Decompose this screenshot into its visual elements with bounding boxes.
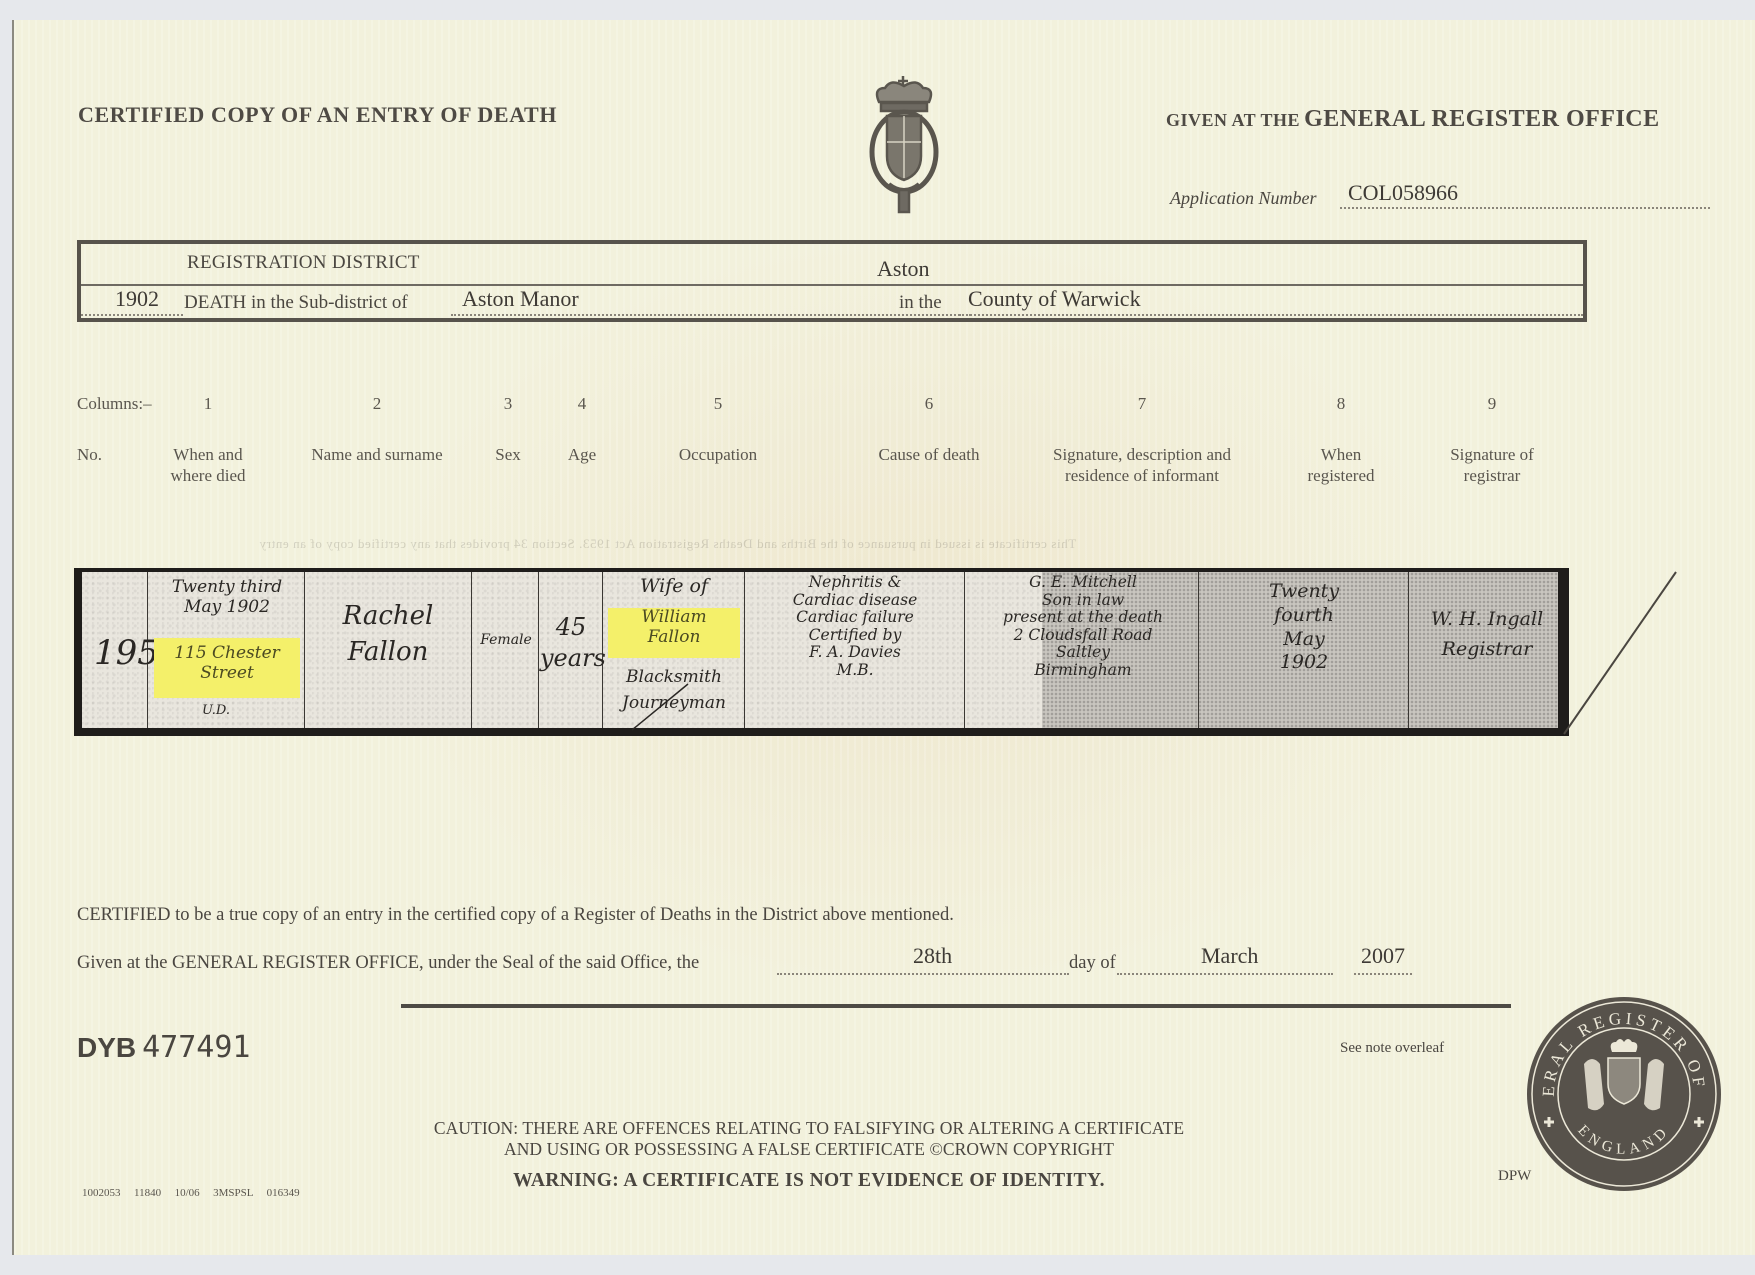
issue-day: 28th (913, 943, 952, 969)
entry-date-registered: Twenty fourth May 1902 (1202, 580, 1406, 675)
caution-notice: CAUTION: THERE ARE OFFENCES RELATING TO … (384, 1118, 1234, 1160)
entry-age: 45 years (540, 612, 602, 674)
column-number: 4 (562, 394, 602, 414)
column-number: 8 (1321, 394, 1361, 414)
serial-prefix: DYB (77, 1032, 136, 1063)
operator-code: DPW (1498, 1168, 1531, 1185)
county-label: in the (899, 292, 942, 314)
header-sex: Sex (495, 444, 521, 465)
identity-warning: WARNING: A CERTIFICATE IS NOT EVIDENCE O… (384, 1170, 1234, 1192)
entry-informant: G. E. Mitchell Son in law present at the… (970, 574, 1196, 679)
header-age: Age (568, 444, 596, 465)
dotted-line (1354, 973, 1412, 975)
signature-rule (401, 1004, 1511, 1008)
issuer-heading: GIVEN AT THE GENERAL REGISTER OFFICE (1166, 106, 1660, 133)
registration-district-value: Aston (877, 256, 930, 282)
registration-district-label: REGISTRATION DISTRICT (187, 252, 420, 274)
header-when-where-died: When and where died (170, 444, 245, 486)
royal-crest-icon (859, 72, 949, 227)
column-number: 9 (1472, 394, 1512, 414)
given-at-row: Given at the GENERAL REGISTER OFFICE, un… (77, 953, 1507, 983)
given-at-prefix: Given at the GENERAL REGISTER OFFICE, un… (77, 953, 699, 974)
entry-cause-of-death: Nephritis & Cardiac disease Cardiac fail… (748, 574, 962, 679)
header-when-registered: When registered (1307, 444, 1374, 486)
dotted-line (959, 314, 1583, 316)
header-cause-of-death: Cause of death (878, 444, 979, 465)
column-number: 3 (488, 394, 528, 414)
sub-district-value: Aston Manor (462, 286, 579, 312)
registration-box: REGISTRATION DISTRICT Aston 1902 DEATH i… (77, 240, 1587, 322)
columns-label: Columns:– (77, 394, 152, 414)
entry-place-suffix: U.D. (202, 704, 230, 719)
issuer-prefix: GIVEN AT THE (1166, 110, 1300, 130)
entry-place-of-death-highlighted: 115 Chester Street (154, 638, 300, 698)
entry-sex: Female (475, 632, 537, 648)
column-number: 7 (1122, 394, 1162, 414)
dotted-line (451, 314, 971, 316)
issuer-name: GENERAL REGISTER OFFICE (1304, 106, 1660, 132)
form-codes: 1002053 11840 10/06 3MSPSL 016349 (82, 1187, 300, 1199)
certificate-paper: CERTIFIED COPY OF AN ENTRY OF DEATH GIVE… (12, 20, 1755, 1255)
cell-divider (304, 572, 305, 728)
day-of-label: day of (1069, 953, 1116, 974)
cell-divider (964, 572, 965, 728)
entry-occupation-husband-highlighted: William Fallon (608, 608, 740, 658)
header-informant: Signature, description and residence of … (1053, 444, 1231, 486)
cancel-stroke-line (630, 682, 690, 732)
cell-divider (471, 572, 472, 728)
register-entry-row: 195 Twenty third May 1902 115 Chester St… (74, 568, 1569, 736)
show-through-text: This certificate is issued in pursuance … (259, 536, 1076, 552)
county-value: County of Warwick (968, 286, 1141, 312)
column-number: 2 (357, 394, 397, 414)
header-no: No. (77, 444, 102, 465)
registration-year: 1902 (115, 286, 159, 312)
issue-month: March (1201, 943, 1258, 969)
sub-district-row: 1902 DEATH in the Sub-district of Aston … (81, 286, 1583, 322)
column-number: 5 (698, 394, 738, 414)
dotted-line (1340, 207, 1710, 209)
issue-year: 2007 (1361, 943, 1405, 969)
dotted-line (1117, 973, 1333, 975)
cell-divider (1408, 572, 1409, 728)
application-number-value: COL058966 (1348, 180, 1458, 206)
application-number-row: Application Number COL058966 (1170, 180, 1710, 210)
header-registrar-signature: Signature of registrar (1450, 444, 1534, 486)
column-number: 6 (909, 394, 949, 414)
dotted-line (777, 973, 1069, 975)
sub-district-label: DEATH in the Sub-district of (184, 292, 408, 314)
cell-divider (1198, 572, 1199, 728)
see-note-overleaf: See note overleaf (1340, 1040, 1444, 1057)
serial-number: 477491 (142, 1030, 250, 1065)
entry-name: Rachel Fallon (308, 598, 468, 671)
header-occupation: Occupation (679, 444, 757, 465)
cell-divider (538, 572, 539, 728)
entry-registrar-signature: W. H. Ingall Registrar (1412, 604, 1562, 665)
column-number: 1 (188, 394, 228, 414)
header-name-surname: Name and surname (311, 444, 442, 465)
certificate-title: CERTIFIED COPY OF AN ENTRY OF DEATH (78, 102, 557, 128)
blank-space-diagonal-line (1562, 568, 1692, 738)
entry-occupation-prefix: Wife of (606, 576, 742, 598)
certification-statement: CERTIFIED to be a true copy of an entry … (77, 905, 954, 926)
certificate-serial-number: DYB477491 (77, 1030, 251, 1065)
cell-divider (744, 572, 745, 728)
application-number-label: Application Number (1170, 188, 1317, 209)
general-register-office-seal-icon: GENERAL REGISTER OFFICE ENGLAND (1524, 994, 1724, 1194)
entry-number: 195 (94, 634, 159, 673)
entry-date-of-death: Twenty third May 1902 (152, 578, 302, 617)
dotted-line (81, 314, 183, 316)
